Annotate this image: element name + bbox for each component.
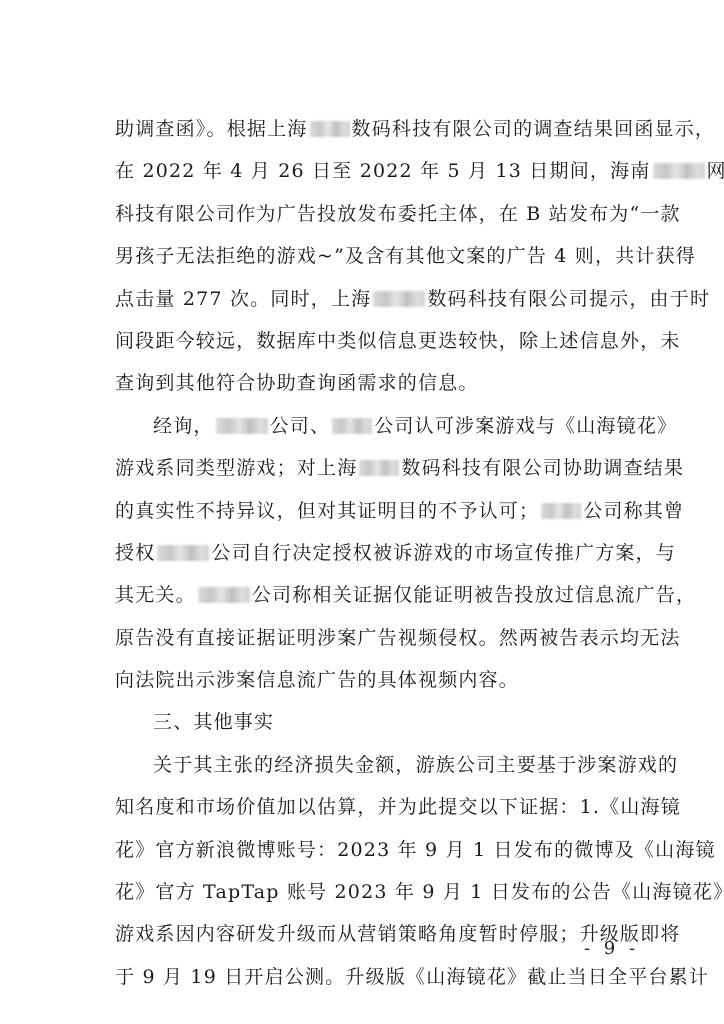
text-segment: 数码科技有限公司的调查结果回函显示， bbox=[352, 118, 716, 140]
text-line: 在 2022 年 4 月 26 日至 2022 年 5 月 13 日期间，海南网… bbox=[115, 150, 647, 192]
text-line: 原告没有直接证据证明涉案广告视频侵权。然两被告表示均无法 bbox=[115, 617, 647, 659]
text-segment: 授权 bbox=[115, 542, 155, 564]
text-line: 的真实性不持异议，但对其证明目的不予认可；公司称其曾 bbox=[115, 490, 647, 532]
text-segment: 公司、 bbox=[270, 415, 331, 437]
text-segment: 游戏系同类型游戏；对上海 bbox=[115, 457, 357, 479]
text-segment: 其无关。 bbox=[115, 584, 196, 606]
text-segment: 男孩子无法拒绝的游戏~”及含有其他文案的广告 4 则，共计获得 bbox=[115, 245, 696, 267]
text-segment: 三、其他事实 bbox=[153, 711, 274, 733]
text-segment: 网络 bbox=[707, 160, 724, 182]
text-segment: 的真实性不持异议，但对其证明目的不予认可； bbox=[115, 500, 539, 522]
text-line: 关于其主张的经济损失金额，游族公司主要基于涉案游戏的 bbox=[115, 744, 647, 786]
text-line: 男孩子无法拒绝的游戏~”及含有其他文案的广告 4 则，共计获得 bbox=[115, 235, 647, 277]
text-segment: 点击量 277 次。同时，上海 bbox=[115, 288, 371, 310]
text-line: 助调查函》。根据上海数码科技有限公司的调查结果回函显示， bbox=[115, 108, 647, 150]
body-text: 助调查函》。根据上海数码科技有限公司的调查结果回函显示， 在 2022 年 4 … bbox=[115, 108, 647, 998]
text-line: 花》官方 TapTap 账号 2023 年 9 月 1 日发布的公告《山海镜花》 bbox=[115, 871, 647, 913]
text-line: 向法院出示涉案信息流广告的具体视频内容。 bbox=[115, 659, 647, 701]
text-segment: 公司称相关证据仅能证明被告投放过信息流广告， bbox=[252, 584, 696, 606]
text-segment: 间段距今较远，数据库中类似信息更迭较快，除上述信息外，未 bbox=[115, 330, 681, 352]
text-segment: 查询到其他符合协助查询函需求的信息。 bbox=[115, 372, 479, 394]
text-segment: 科技有限公司作为广告投放发布委托主体，在 B 站发布为“一款 bbox=[115, 203, 681, 225]
redaction-block bbox=[359, 460, 399, 476]
text-segment: 于 9 月 19 日开启公测。升级版《山海镜花》截止当日全平台累计 bbox=[115, 966, 709, 988]
text-line: 游戏系因内容研发升级而从营销策略角度暂时停服；升级版即将 bbox=[115, 913, 647, 955]
text-segment: 公司称其曾 bbox=[583, 500, 684, 522]
section-heading: 三、其他事实 bbox=[115, 701, 647, 743]
document-page: 助调查函》。根据上海数码科技有限公司的调查结果回函显示， 在 2022 年 4 … bbox=[0, 0, 724, 1024]
redaction-block bbox=[157, 545, 209, 561]
text-line: 查询到其他符合协助查询函需求的信息。 bbox=[115, 362, 647, 404]
text-segment: 数码科技有限公司提示，由于时 bbox=[427, 288, 710, 310]
text-line: 间段距今较远，数据库中类似信息更迭较快，除上述信息外，未 bbox=[115, 320, 647, 362]
text-segment: 花》官方 TapTap 账号 2023 年 9 月 1 日发布的公告《山海镜花》 bbox=[115, 881, 724, 903]
redaction-block bbox=[198, 587, 250, 603]
text-segment: 原告没有直接证据证明涉案广告视频侵权。然两被告表示均无法 bbox=[115, 627, 681, 649]
text-line: 花》官方新浪微博账号：2023 年 9 月 1 日发布的微博及《山海镜 bbox=[115, 829, 647, 871]
text-segment: 公司认可涉案游戏与《山海镜花》 bbox=[374, 415, 677, 437]
text-segment: 公司自行决定授权被诉游戏的市场宣传推广方案，与 bbox=[211, 542, 676, 564]
text-segment: 知名度和市场价值加以估算，并为此提交以下证据：1.《山海镜 bbox=[115, 796, 681, 818]
text-segment: 花》官方新浪微博账号：2023 年 9 月 1 日发布的微博及《山海镜 bbox=[115, 839, 716, 861]
redaction-block bbox=[541, 503, 581, 519]
text-line: 知名度和市场价值加以估算，并为此提交以下证据：1.《山海镜 bbox=[115, 786, 647, 828]
text-line: 于 9 月 19 日开启公测。升级版《山海镜花》截止当日全平台累计 bbox=[115, 956, 647, 998]
text-line: 其无关。公司称相关证据仅能证明被告投放过信息流广告， bbox=[115, 574, 647, 616]
text-segment: 在 2022 年 4 月 26 日至 2022 年 5 月 13 日期间，海南 bbox=[115, 160, 651, 182]
text-line: 游戏系同类型游戏；对上海数码科技有限公司协助调查结果 bbox=[115, 447, 647, 489]
redaction-block bbox=[216, 418, 268, 434]
text-line: 授权公司自行决定授权被诉游戏的市场宣传推广方案，与 bbox=[115, 532, 647, 574]
text-segment: 关于其主张的经济损失金额，游族公司主要基于涉案游戏的 bbox=[153, 754, 678, 776]
text-segment: 助调查函》。根据上海 bbox=[115, 118, 308, 140]
text-line: 科技有限公司作为广告投放发布委托主体，在 B 站发布为“一款 bbox=[115, 193, 647, 235]
text-segment: 经询， bbox=[153, 415, 214, 437]
redaction-block bbox=[332, 418, 372, 434]
redaction-block bbox=[373, 291, 425, 307]
redaction-block bbox=[653, 163, 705, 179]
redaction-block bbox=[310, 121, 350, 137]
page-number: - 9 - bbox=[584, 938, 639, 959]
text-segment: 数码科技有限公司协助调查结果 bbox=[401, 457, 684, 479]
text-line: 点击量 277 次。同时，上海数码科技有限公司提示，由于时 bbox=[115, 278, 647, 320]
text-segment: 向法院出示涉案信息流广告的具体视频内容。 bbox=[115, 669, 519, 691]
text-line: 经询，公司、公司认可涉案游戏与《山海镜花》 bbox=[115, 405, 647, 447]
